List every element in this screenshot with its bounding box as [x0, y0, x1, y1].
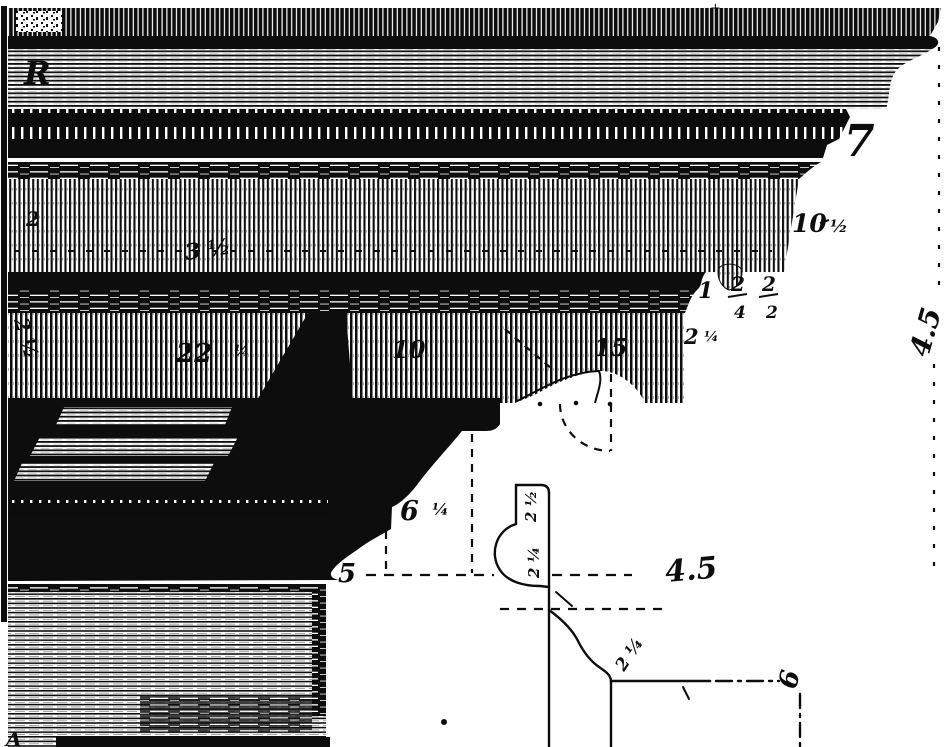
bead-dim: 1: [698, 278, 713, 304]
frac-a-den: 4: [734, 303, 746, 323]
frac-b-num: 2: [761, 272, 776, 296]
fillet-dim: 5: [338, 559, 356, 589]
lower-ovolo-frac: ¼: [432, 500, 449, 519]
stray-dot: [441, 719, 447, 725]
wall-right-edge: [312, 584, 326, 716]
neck-dim: 2 ½: [522, 491, 540, 523]
band-corona-face: [8, 179, 799, 272]
fascia2-dim: 2: [683, 324, 699, 349]
engraved-cornice-plate: + R 2 3 ½ 22 ¼ 10 15 2 ½ 7 10 ½ 1 2 4 2 …: [0, 0, 944, 747]
drip-width: 10: [392, 335, 426, 364]
wall-band: [8, 584, 330, 747]
fascia2-dim-frac: ¼: [704, 329, 719, 345]
band-ovolo-shadow: [8, 162, 821, 179]
band-bed-mould-shadow: [8, 290, 697, 313]
plate-mark: [16, 11, 62, 32]
ovolo-width: 15: [594, 333, 627, 362]
cornice-profile-drawing: + R 2 3 ½ 22 ¼ 10 15 2 ½ 7 10 ½ 1 2 4 2 …: [0, 0, 944, 747]
band-cyma-recta: [8, 49, 932, 109]
wall-smudge: [140, 696, 312, 732]
shadow-highlight-step-1: [56, 407, 232, 425]
band-cymatium-fillet: [8, 8, 941, 36]
shadow-highlight-step-2: [30, 437, 238, 456]
center-dot-3: [608, 402, 613, 407]
fascia-dim: 10: [792, 209, 827, 238]
center-dot-2: [574, 401, 579, 406]
wall-top-shadow: [8, 584, 326, 592]
shadow-highlight-step-3: [14, 463, 214, 481]
torus-dim: 2 ¼: [525, 547, 543, 579]
corona-letter: 2: [25, 207, 40, 231]
lower-ovolo-dim: 6: [400, 496, 419, 527]
band-drip-shadow: [8, 272, 706, 290]
lower-total-dim: 4.5: [664, 551, 719, 590]
fascia-dim-frac: ½: [830, 217, 848, 237]
frac-b-den: 2: [765, 303, 778, 323]
corona-width-frac: ¼: [234, 342, 250, 360]
frac-a-num: 2: [730, 272, 745, 296]
wall-bottom-shadow: [56, 737, 330, 747]
center-dot-1: [538, 402, 543, 407]
shadow-dentil-row: [10, 500, 328, 516]
registration-mark: +: [710, 1, 721, 16]
corona-width: 22: [175, 339, 212, 369]
band-fillet-shadow: [8, 36, 938, 49]
cyma-letter: R: [23, 54, 51, 92]
crown-dim: 7: [844, 116, 875, 167]
band-dentil-shadow: [8, 139, 839, 158]
band-dentils: [8, 109, 850, 139]
corner-letter: A: [4, 727, 22, 747]
